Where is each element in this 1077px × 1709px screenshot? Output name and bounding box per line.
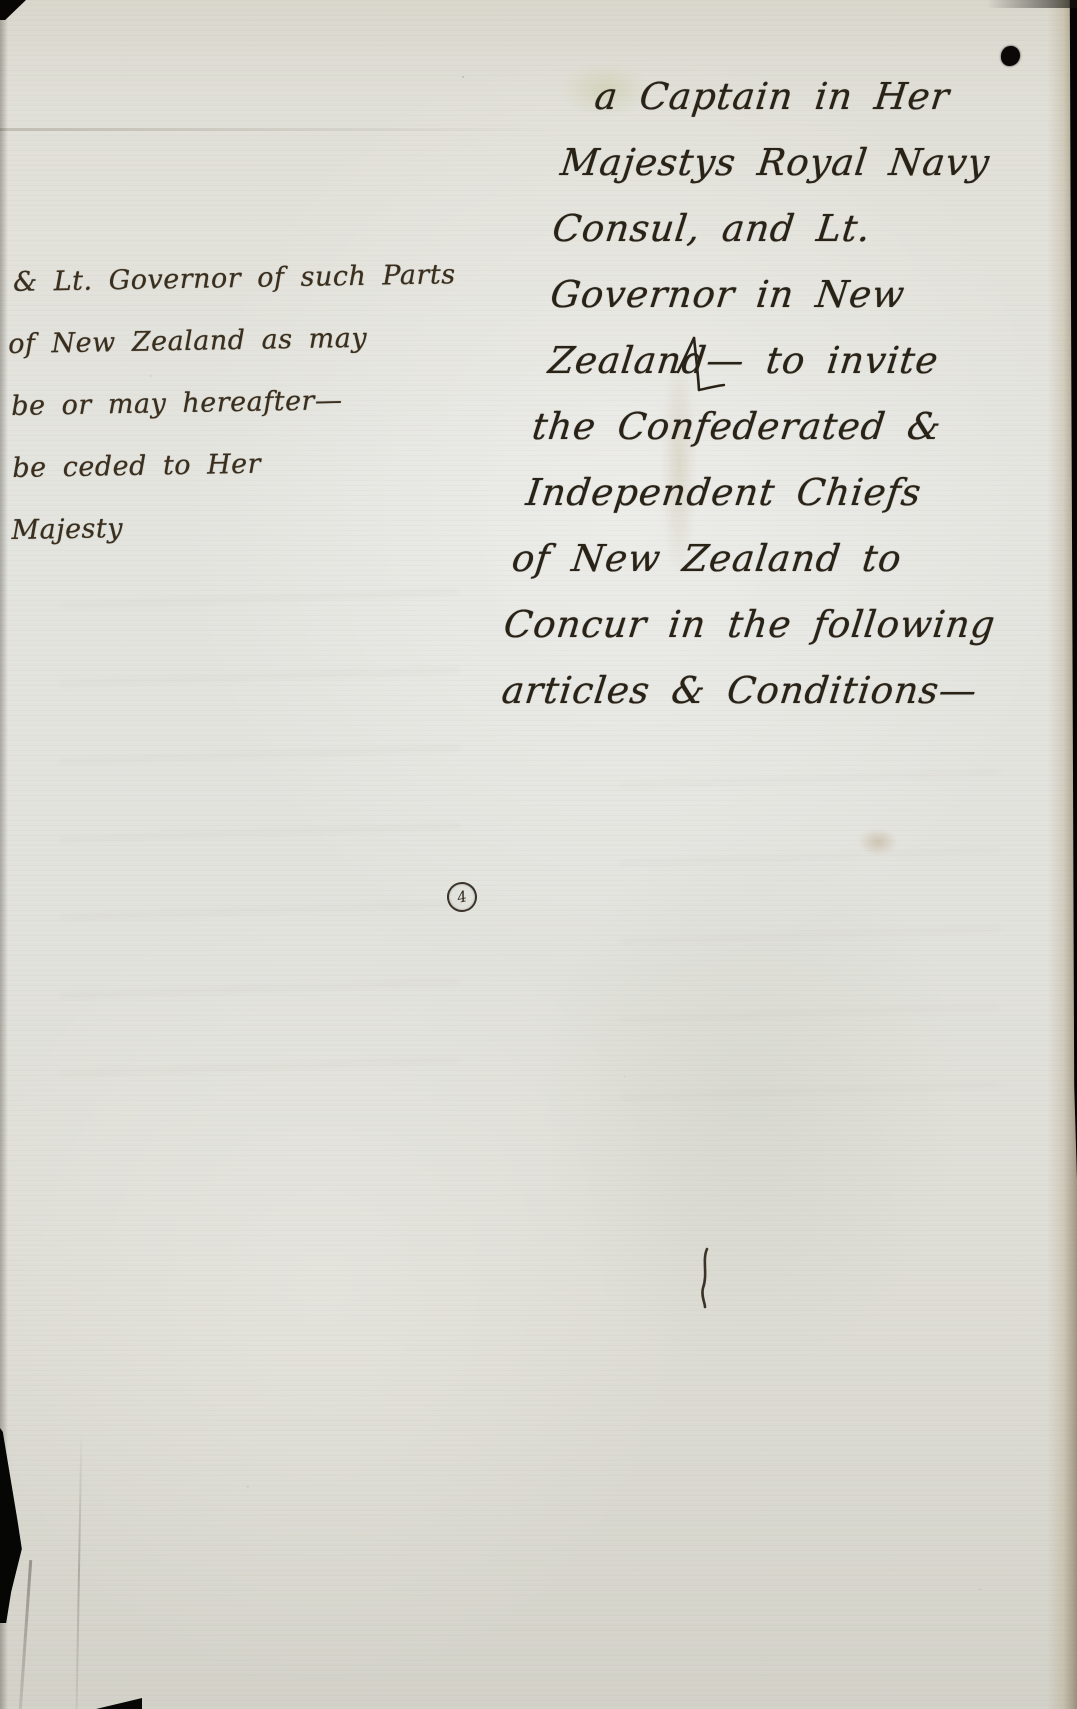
text-line: Consul, and Lt. [549,196,1077,262]
main-text-block: a Captain in Her Majestys Royal Navy Con… [492,64,1077,724]
text-line: Governor in New [547,262,1077,328]
scanned-manuscript-page: & Lt. Governor of such Parts of New Zeal… [0,0,1077,1709]
text-line: Majestys Royal Navy [557,130,1077,196]
bleed-through [620,740,1000,1160]
text-line: a Captain in Her [591,64,1077,130]
text-line: articles & Conditions— [498,658,1060,724]
text-line: the Confederated & [528,394,1077,460]
manuscript-paper: & Lt. Governor of such Parts of New Zeal… [0,0,1077,1709]
margin-line: & Lt. Governor of such Parts [13,244,488,314]
paper-crease [0,128,560,131]
text-line: Concur in the following [500,592,1068,658]
bleed-through [60,560,460,1120]
text-line: of New Zealand to [508,526,1076,592]
stray-pen-stroke-icon [697,1246,713,1314]
margin-annotation: & Lt. Governor of such Parts of New Zeal… [7,244,492,562]
top-right-edge [987,0,1077,8]
text-line: Zealand— to invite [545,328,1077,394]
page-number: 4 [455,887,468,907]
margin-line: be or may hereafter— [11,368,490,438]
insertion-caret-icon [668,332,728,412]
text-line: Independent Chiefs [522,460,1077,526]
margin-line: be ceded to Her [12,430,491,500]
margin-line: Majesty [11,492,492,562]
margin-line: of New Zealand as may [8,306,489,376]
